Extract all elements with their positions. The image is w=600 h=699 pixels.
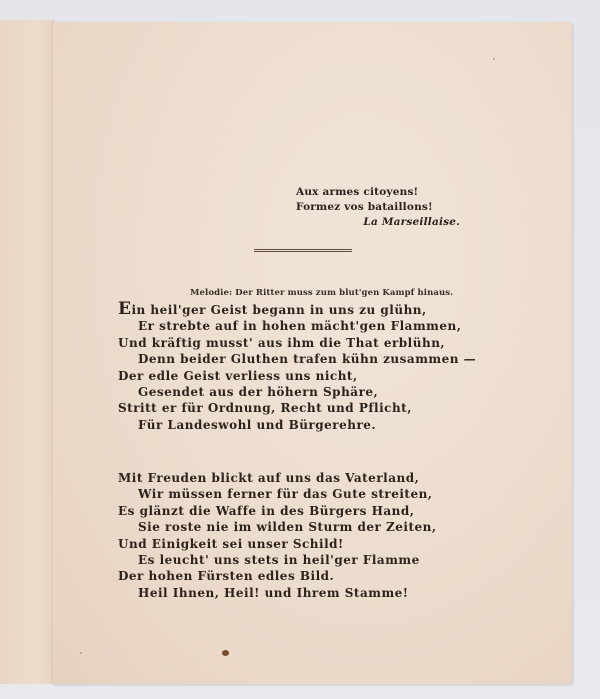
- verse-line: Stritt er für Ordnung, Recht und Pflicht…: [118, 400, 458, 416]
- left-page-edge: [0, 20, 54, 684]
- double-rule-divider: [254, 249, 352, 252]
- verse-text: in heil'ger Geist begann in uns zu glühn…: [131, 303, 426, 317]
- verse-line: Und Einigkeit sei unser Schild!: [118, 536, 458, 552]
- verse-line: Denn beider Gluthen trafen kühn zusammen…: [118, 351, 458, 367]
- stanza-2: Mit Freuden blickt auf uns das Vaterland…: [118, 470, 458, 601]
- paper-speck: [493, 58, 495, 60]
- verse-line: Wir müssen ferner für das Gute streiten,: [118, 486, 458, 502]
- verse-line: Heil Ihnen, Heil! und Ihrem Stamme!: [118, 585, 458, 601]
- verse-line: Ein heil'ger Geist begann in uns zu glüh…: [118, 302, 458, 318]
- paper-speck: [80, 652, 82, 654]
- verse-line: Der hohen Fürsten edles Bild.: [118, 568, 458, 584]
- verse-line: Es glänzt die Waffe in des Bürgers Hand,: [118, 503, 458, 519]
- verse-line: Für Landeswohl und Bürgerehre.: [118, 417, 458, 433]
- stain-spot: [222, 650, 229, 656]
- verse-line: Und kräftig musst' aus ihm die That erbl…: [118, 335, 458, 351]
- verse-line: Er strebte auf in hohen mächt'gen Flamme…: [118, 318, 458, 334]
- verse-line: Gesendet aus der höhern Sphäre,: [118, 384, 458, 400]
- epigraph-line: Formez vos bataillons!: [296, 200, 466, 215]
- epigraph: Aux armes citoyens! Formez vos bataillon…: [296, 185, 466, 230]
- stanza-1: Ein heil'ger Geist begann in uns zu glüh…: [118, 302, 458, 433]
- verse-line: Mit Freuden blickt auf uns das Vaterland…: [118, 470, 458, 486]
- verse-line: Der edle Geist verliess uns nicht,: [118, 368, 458, 384]
- melody-note: Melodie: Der Ritter muss zum blut'gen Ka…: [190, 288, 450, 298]
- verse-line: Sie roste nie im wilden Sturm der Zeiten…: [118, 519, 458, 535]
- epigraph-line: Aux armes citoyens!: [296, 185, 466, 200]
- page-fold: [52, 22, 54, 684]
- drop-cap: E: [118, 299, 131, 319]
- epigraph-source: La Marseillaise.: [296, 215, 466, 230]
- verse-line: Es leucht' uns stets in heil'ger Flamme: [118, 552, 458, 568]
